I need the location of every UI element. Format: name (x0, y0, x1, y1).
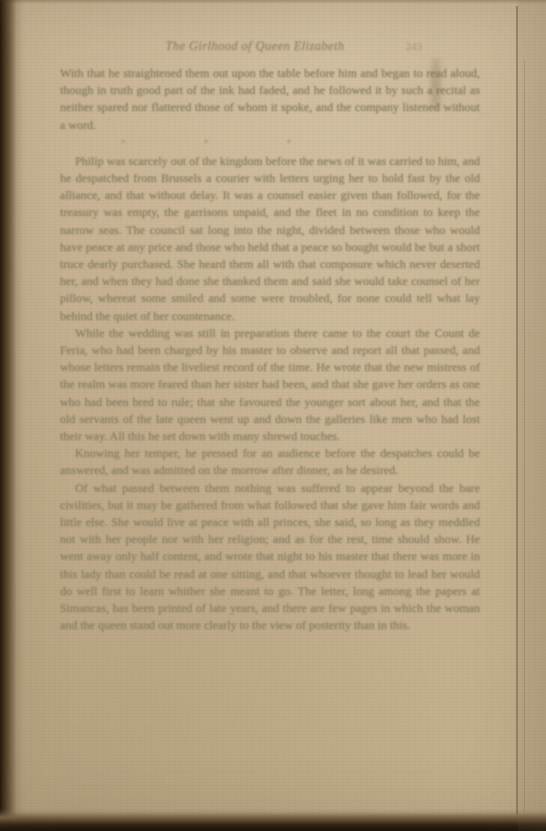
paragraph: Knowing her temper, he pressed for an au… (60, 445, 480, 479)
page-content: The Girlhood of Queen Elizabeth 243 With… (60, 38, 480, 635)
running-header: The Girlhood of Queen Elizabeth 243 (60, 38, 480, 56)
binding-shadow (0, 0, 24, 831)
body-text: With that he straightened them out upon … (60, 65, 480, 635)
bottom-page-edge-shadow (0, 809, 546, 831)
book-page-scan: The Girlhood of Queen Elizabeth 243 With… (0, 0, 546, 831)
page-edge-line (516, 6, 518, 815)
paragraph: Of what passed between them nothing was … (60, 480, 480, 635)
margin-annotation: ... (479, 106, 492, 116)
fore-edge-strip (518, 0, 546, 831)
running-header-title: The Girlhood of Queen Elizabeth (60, 38, 450, 55)
paragraph: While the wedding was still in preparati… (60, 325, 480, 445)
page-edge-line-secondary (524, 60, 525, 813)
top-page-edge-shadow (0, 0, 546, 4)
paragraph: With that he straightened them out upon … (60, 65, 480, 134)
paragraph: Philip was scarcely out of the kingdom b… (60, 153, 480, 325)
section-separator: * * * (60, 136, 390, 151)
page-number: 243 (406, 39, 423, 56)
